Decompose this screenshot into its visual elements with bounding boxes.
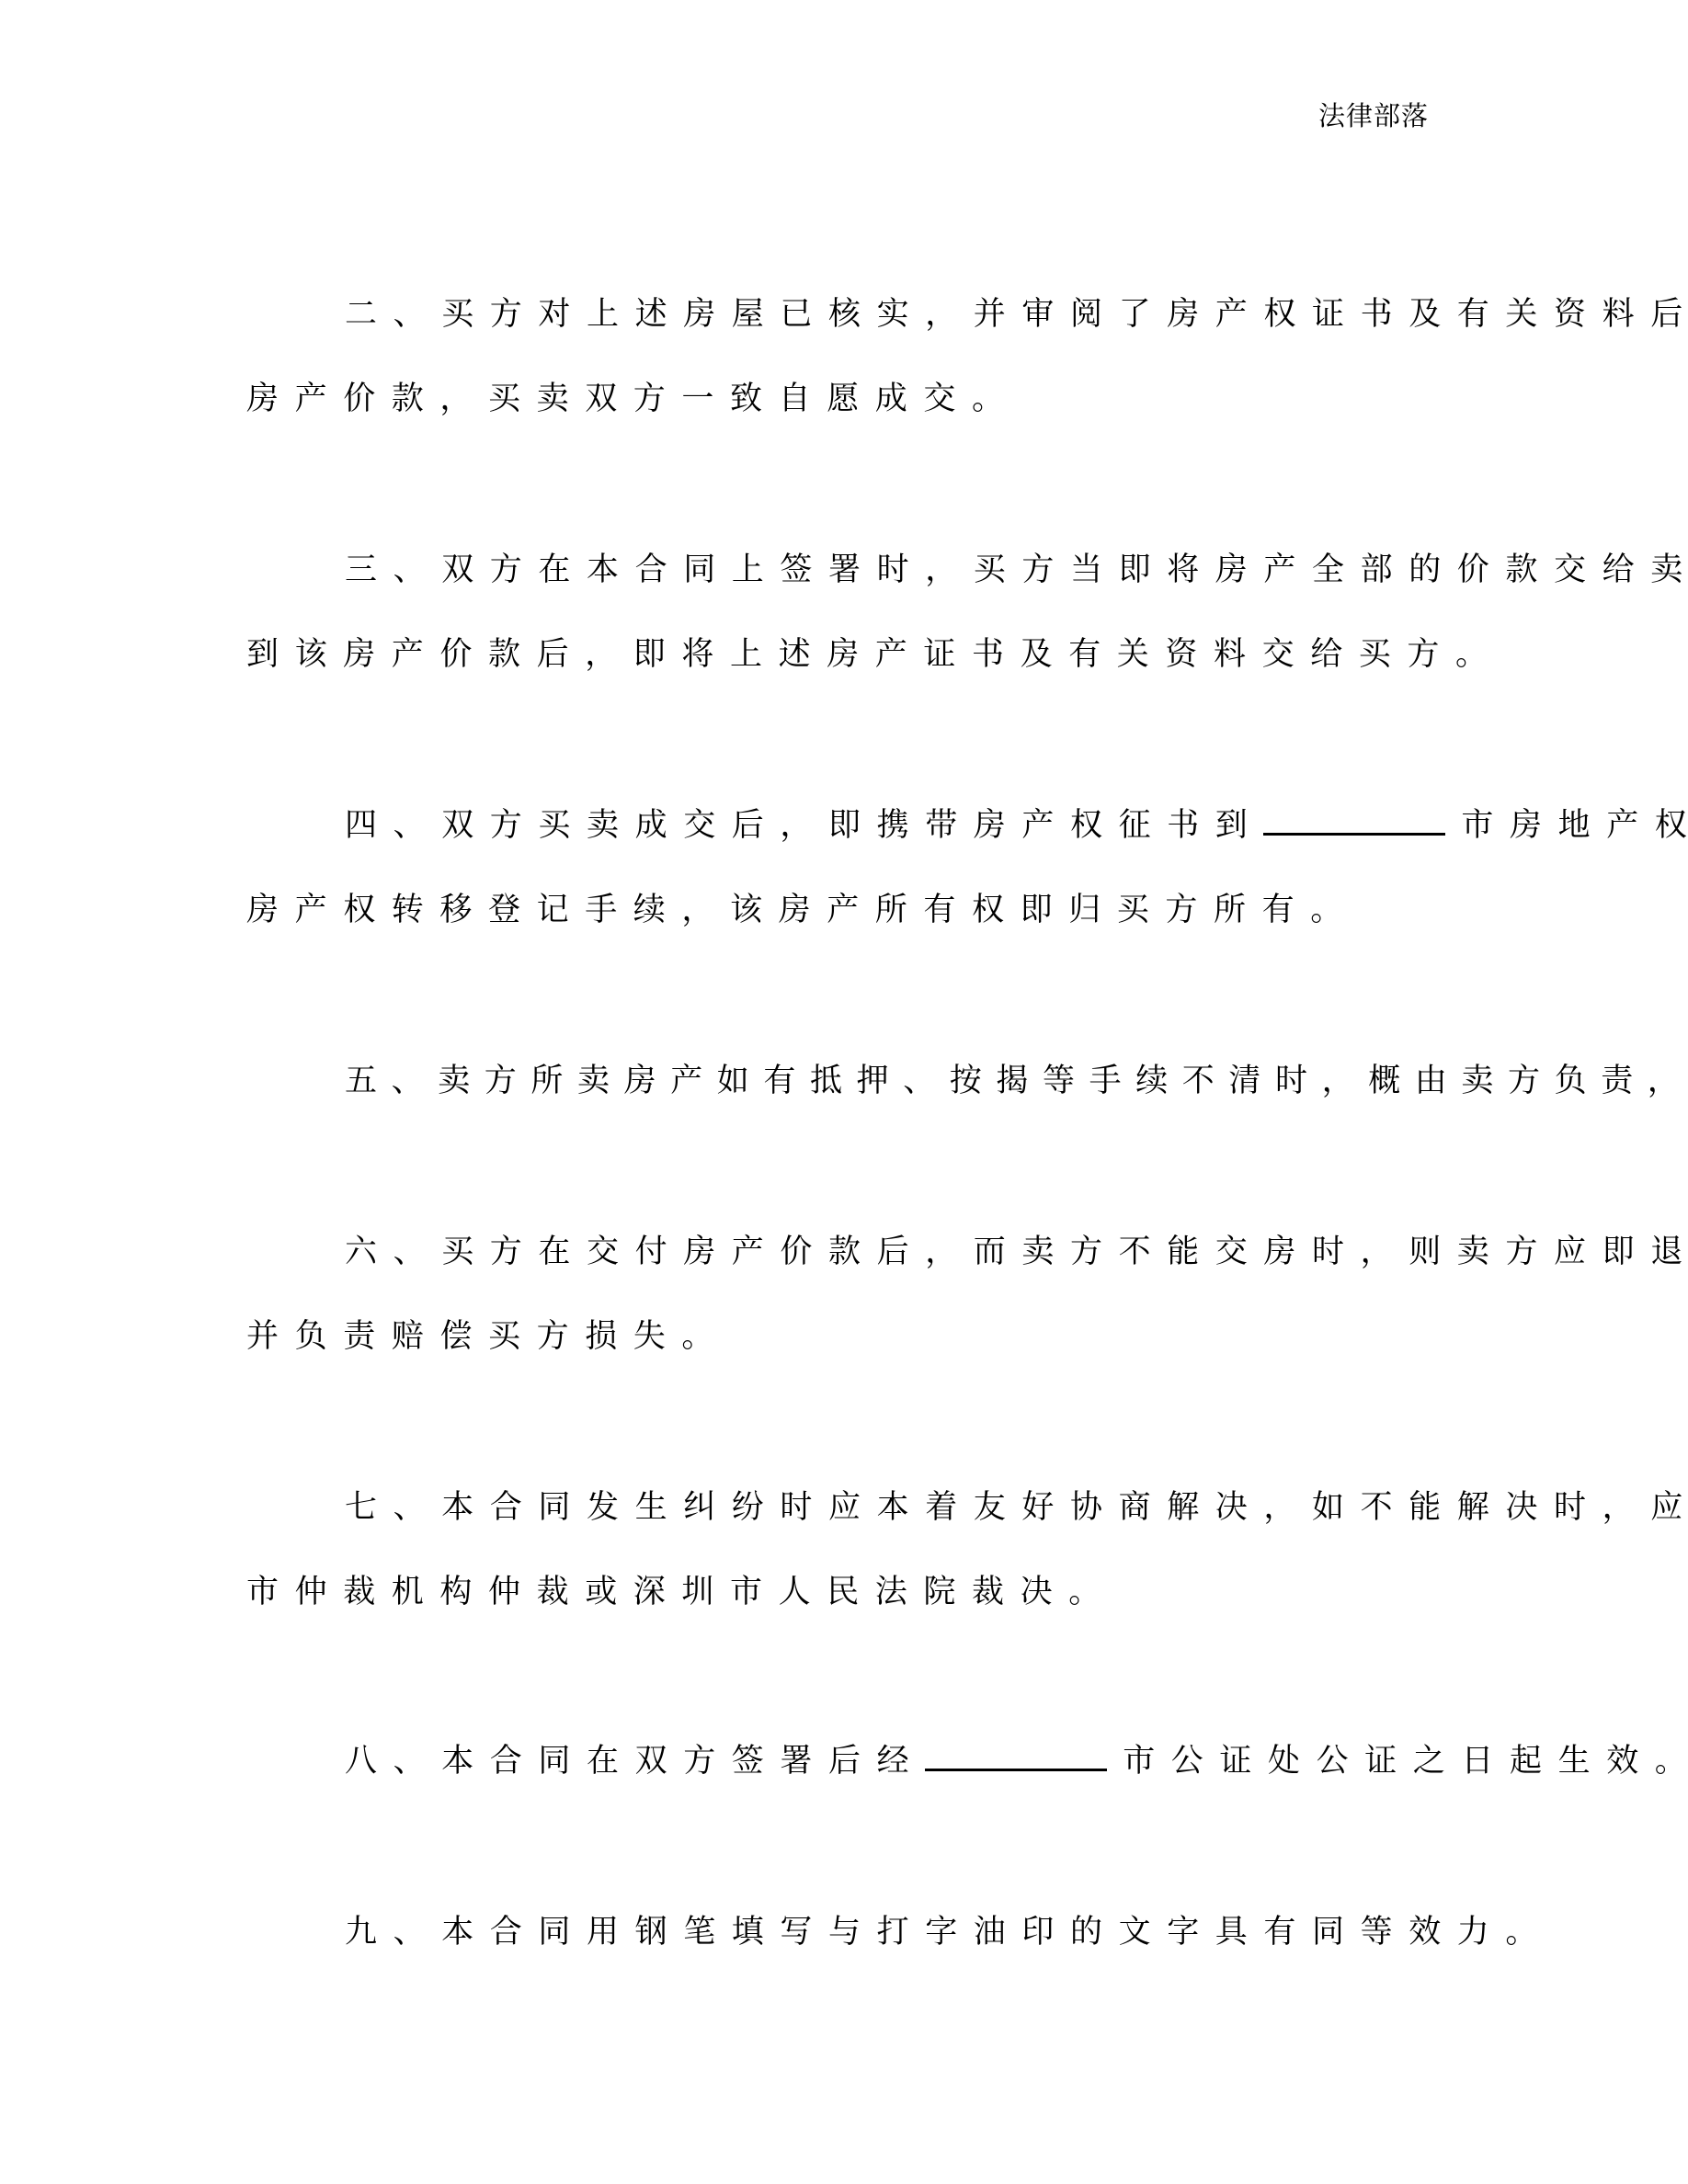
clause-4-text-after-blank: 市房地产权登记处办理 [1461,807,1688,844]
clause-7: 七、本合同发生纠纷时应本着友好协商解决，如不能解决时，应提请 市仲裁机构仲裁或深… [246,1465,1432,1634]
city-blank-field[interactable] [1263,805,1445,836]
clause-2-line-1: 二、买方对上述房屋已核实，并审阅了房产权证书及有关资料后同意交付上述 [246,272,1432,357]
clause-2: 二、买方对上述房屋已核实，并审阅了房产权证书及有关资料后同意交付上述 房产价款，… [246,272,1432,441]
clause-6-line-2: 并负责赔偿买方损失。 [246,1294,1432,1379]
page-header-title: 法律部落 [1306,97,1429,134]
clause-3-line-2: 到该房产价款后，即将上述房产证书及有关资料交给买方。 [246,612,1432,697]
clause-6: 六、买方在交付房产价款后，而卖方不能交房时，则卖方应即退回房产价款， 并负责赔偿… [246,1210,1432,1379]
notary-city-blank-field[interactable] [925,1741,1107,1771]
clause-5-line-1: 五、卖方所卖房产如有抵押、按揭等手续不清时，概由卖方负责，与买方无关。 [246,1039,1432,1123]
clause-4-line-1: 四、双方买卖成交后，即携带房产权征书到市房地产权登记处办理 [246,783,1432,868]
clause-2-line-2: 房产价款，买卖双方一致自愿成交。 [246,357,1432,441]
clause-3: 三、双方在本合同上签署时，买方当即将房产全部的价款交给卖方，卖方在收 到该房产价… [246,528,1432,697]
clause-9-line-1: 九、本合同用钢笔填写与打字油印的文字具有同等效力。 [246,1890,1432,1974]
clause-7-line-1: 七、本合同发生纠纷时应本着友好协商解决，如不能解决时，应提请 [246,1465,1432,1550]
clause-5: 五、卖方所卖房产如有抵押、按揭等手续不清时，概由卖方负责，与买方无关。 [246,1039,1432,1123]
clause-4-text-before-blank: 四、双方买卖成交后，即携带房产权征书到 [345,807,1263,844]
clause-8: 八、本合同在双方签署后经市公证处公证之日起生效。 [246,1719,1432,1803]
clause-8-text-before-blank: 八、本合同在双方签署后经 [345,1743,925,1780]
clause-9: 九、本合同用钢笔填写与打字油印的文字具有同等效力。 [246,1890,1432,1974]
clause-7-line-2: 市仲裁机构仲裁或深圳市人民法院裁决。 [246,1550,1432,1634]
clause-3-line-1: 三、双方在本合同上签署时，买方当即将房产全部的价款交给卖方，卖方在收 [246,528,1432,612]
clause-6-line-1: 六、买方在交付房产价款后，而卖方不能交房时，则卖方应即退回房产价款， [246,1210,1432,1294]
clause-8-line-1: 八、本合同在双方签署后经市公证处公证之日起生效。 [246,1719,1432,1803]
clause-4-line-2: 房产权转移登记手续，该房产所有权即归买方所有。 [246,868,1432,952]
clause-4: 四、双方买卖成交后，即携带房产权征书到市房地产权登记处办理 房产权转移登记手续，… [246,783,1432,952]
clause-7-text-before-blank: 七、本合同发生纠纷时应本着友好协商解决，如不能解决时，应提请 [345,1489,1688,1526]
clause-8-text-after-blank: 市公证处公证之日起生效。 [1123,1743,1688,1780]
